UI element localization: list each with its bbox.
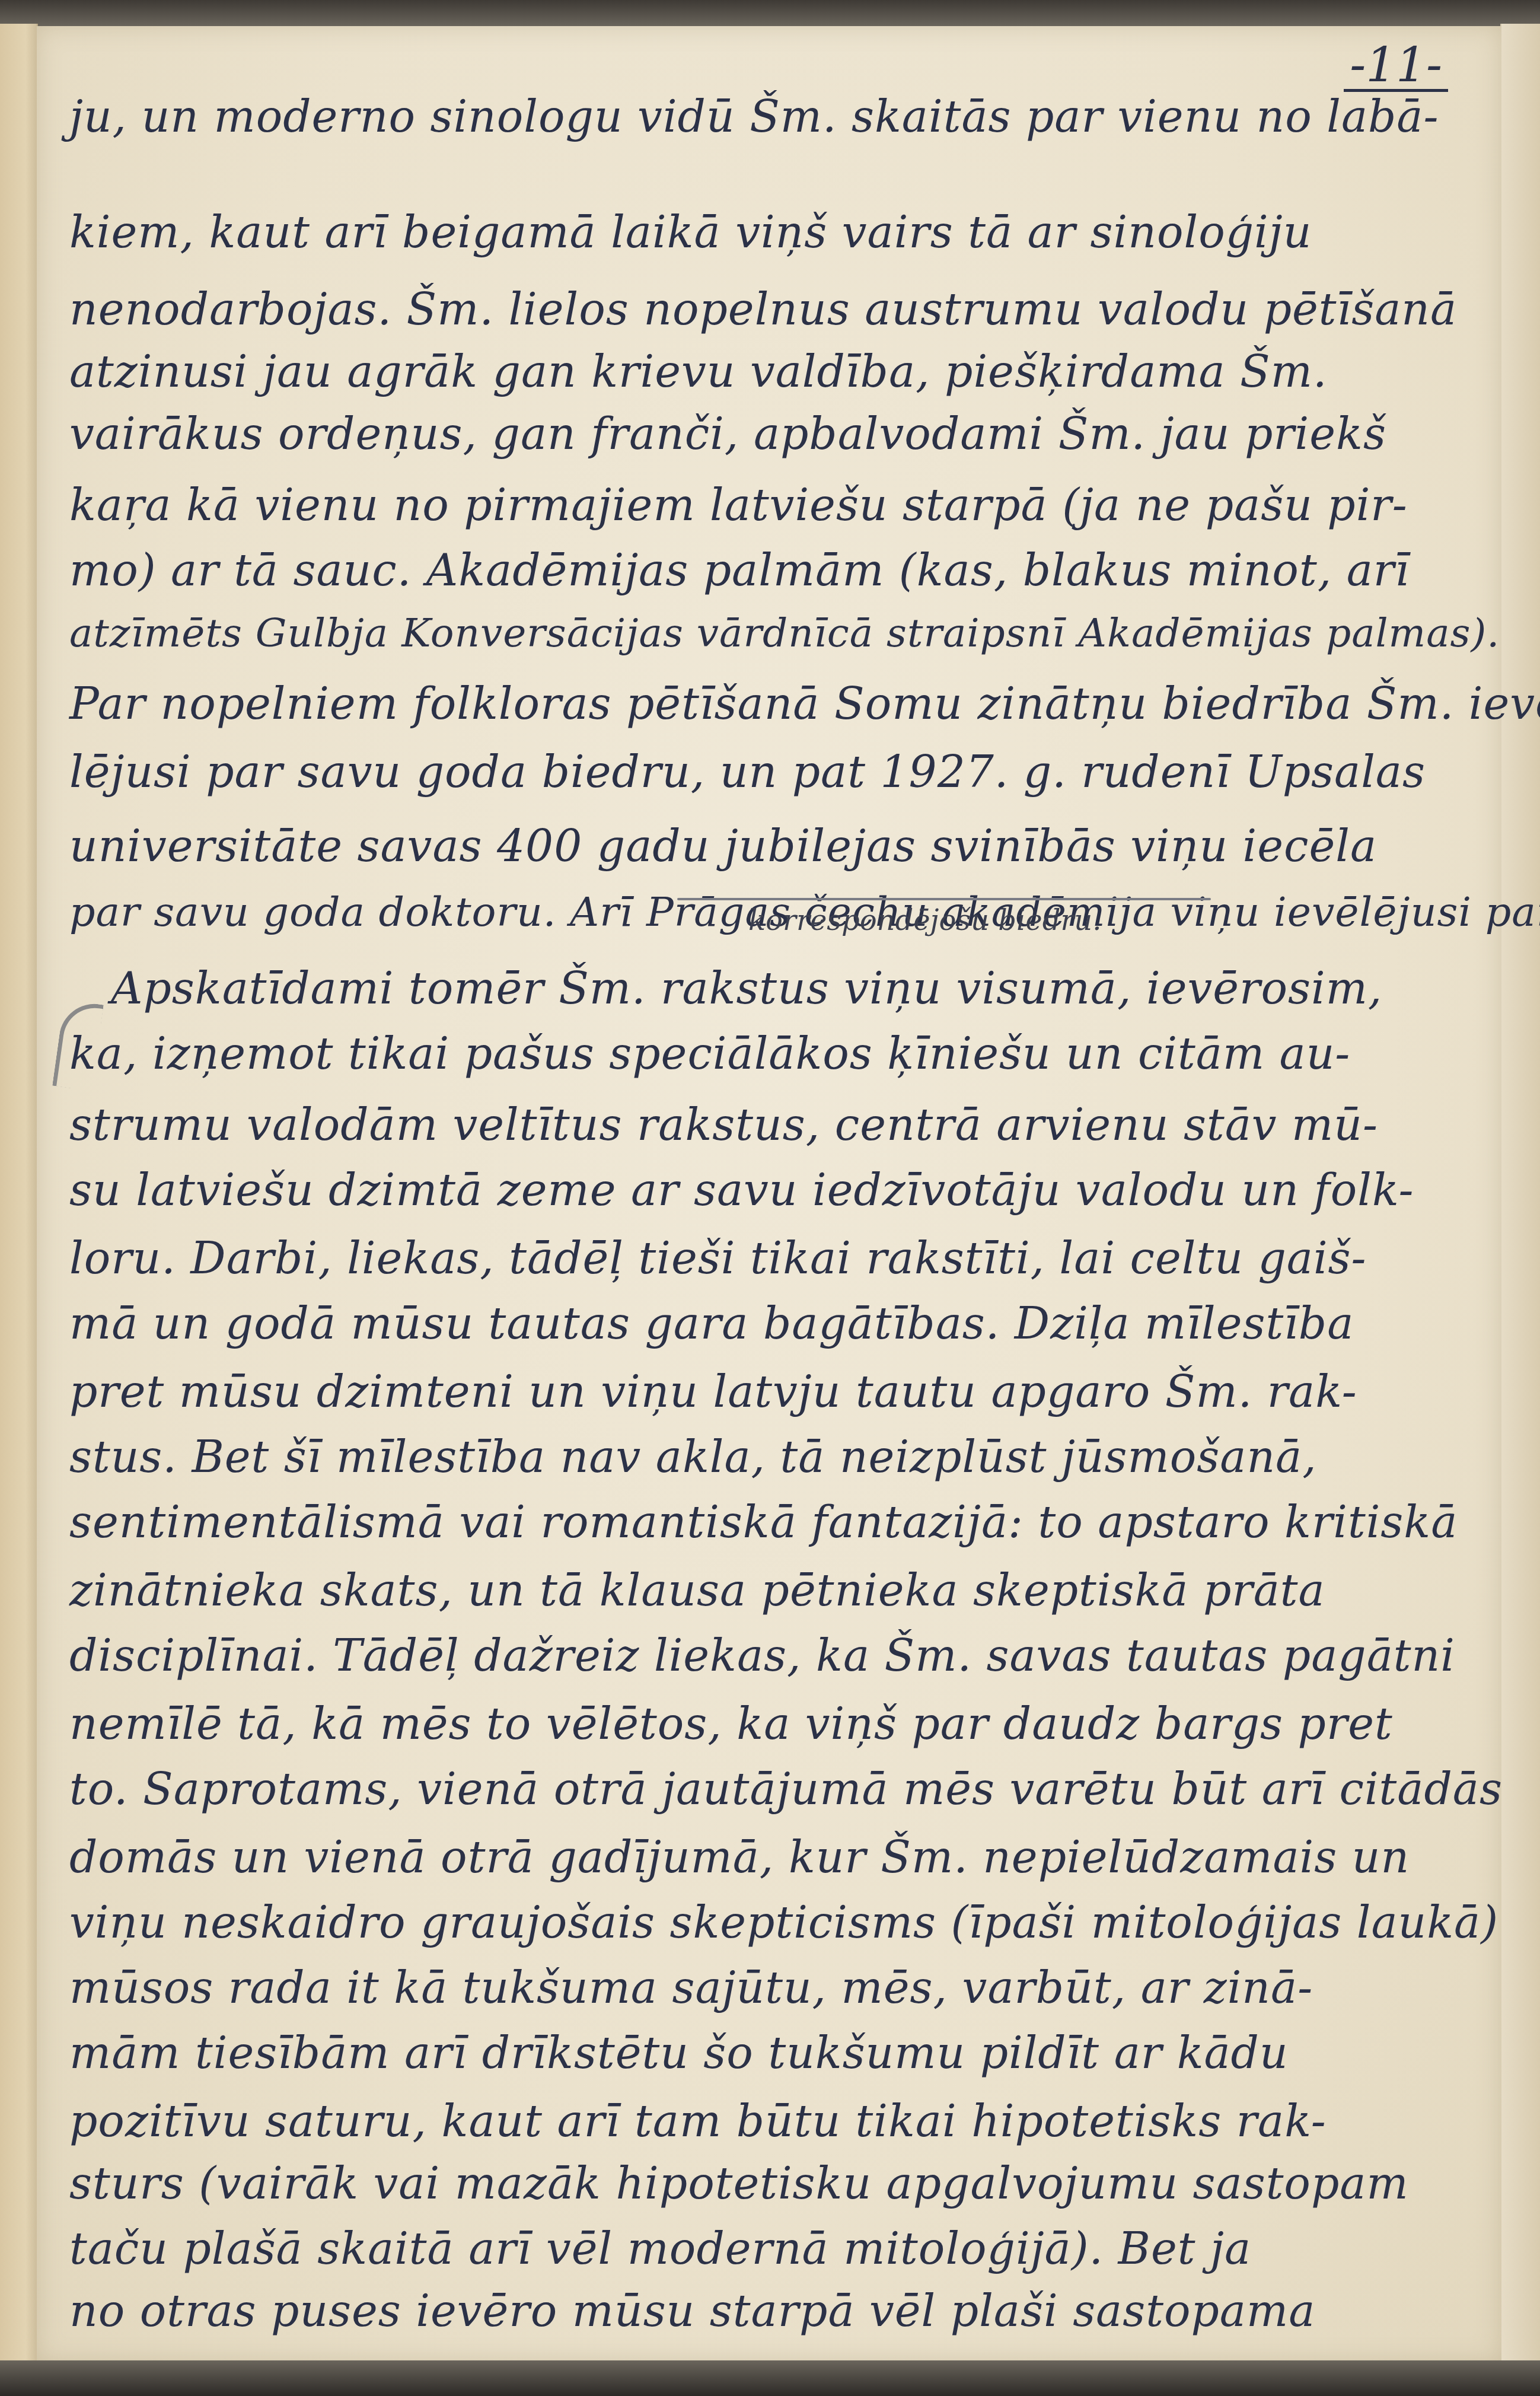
text-line: loru. Darbi, liekas, tādēļ tieši tikai r… bbox=[69, 1233, 1433, 1284]
text-line: mā un godā mūsu tautas gara bagātības. D… bbox=[69, 1298, 1433, 1349]
text-line: strumu valodām veltītus rakstus, centrā … bbox=[69, 1100, 1433, 1151]
text-line: Par nopelniem folkloras pētīšanā Somu zi… bbox=[69, 678, 1433, 729]
text-line: su latviešu dzimtā zeme ar savu iedzīvot… bbox=[69, 1165, 1433, 1216]
text-line: mūsos rada it kā tukšuma sajūtu, mēs, va… bbox=[69, 1962, 1433, 2013]
text-line: nemīlē tā, kā mēs to vēlētos, ka viņš pa… bbox=[69, 1699, 1433, 1750]
text-line: domās un vienā otrā gadījumā, kur Šm. ne… bbox=[69, 1832, 1433, 1883]
page-number: -11- bbox=[1344, 42, 1448, 92]
text-line: lējusi par savu goda biedru, un pat 1927… bbox=[69, 747, 1433, 798]
manuscript-page: -11- ju, un moderno sinologu vidū Šm. sk… bbox=[37, 26, 1501, 2365]
scan-background-top bbox=[0, 0, 1540, 27]
insertion-underline bbox=[677, 898, 1211, 900]
text-line: sturs (vairāk vai mazāk hipotetisku apga… bbox=[69, 2158, 1433, 2209]
text-line: atzinusi jau agrāk gan krievu valdība, p… bbox=[69, 346, 1433, 397]
text-line: nenodarbojas. Šm. lielos nopelnus austru… bbox=[69, 284, 1433, 335]
text-line: sentimentālismā vai romantiskā fantazijā… bbox=[69, 1497, 1433, 1548]
text-line: kaŗa kā vienu no pirmajiem latviešu star… bbox=[69, 480, 1433, 531]
text-line: stus. Bet šī mīlestība nav akla, tā neiz… bbox=[69, 1432, 1433, 1483]
underlying-pages-edge bbox=[1500, 24, 1540, 2372]
text-line: to. Saprotams, vienā otrā jautājumā mēs … bbox=[69, 1764, 1433, 1815]
text-line: atzīmēts Gulbja Konversācijas vārdnīcā s… bbox=[69, 610, 1433, 656]
text-line: vairākus ordeņus, gan franči, apbalvodam… bbox=[69, 409, 1433, 460]
text-line: kiem, kaut arī beigamā laikā viņš vairs … bbox=[69, 207, 1433, 258]
interlinear-insertion: korrespondējošu biedru. bbox=[748, 904, 1102, 937]
text-line: disciplīnai. Tādēļ dažreiz liekas, ka Šm… bbox=[69, 1630, 1433, 1681]
text-line: taču plašā skaitā arī vēl modernā mitolo… bbox=[69, 2223, 1433, 2274]
text-line: zinātnieka skats, un tā klausa pētnieka … bbox=[69, 1565, 1433, 1616]
text-line: mām tiesībām arī drīkstētu šo tukšumu pi… bbox=[69, 2028, 1433, 2079]
text-line: ju, un moderno sinologu vidū Šm. skaitās… bbox=[69, 91, 1433, 142]
scan-background-bottom bbox=[0, 2360, 1540, 2396]
text-line: no otras puses ievēro mūsu starpā vēl pl… bbox=[69, 2286, 1433, 2337]
text-line: pozitīvu saturu, kaut arī tam būtu tikai… bbox=[69, 2096, 1433, 2147]
text-line: universitāte savas 400 gadu jubilejas sv… bbox=[69, 821, 1433, 872]
text-line: pret mūsu dzimteni un viņu latvju tautu … bbox=[69, 1366, 1433, 1417]
text-line: viņu neskaidro graujošais skepticisms (ī… bbox=[69, 1897, 1433, 1948]
text-line: Apskatīdami tomēr Šm. rakstus viņu visum… bbox=[111, 963, 1475, 1014]
text-line: ka, izņemot tikai pašus speciālākos ķīni… bbox=[69, 1028, 1433, 1079]
binding-edge bbox=[0, 24, 38, 2372]
text-line: mo) ar tā sauc. Akadēmijas palmām (kas, … bbox=[69, 545, 1433, 596]
